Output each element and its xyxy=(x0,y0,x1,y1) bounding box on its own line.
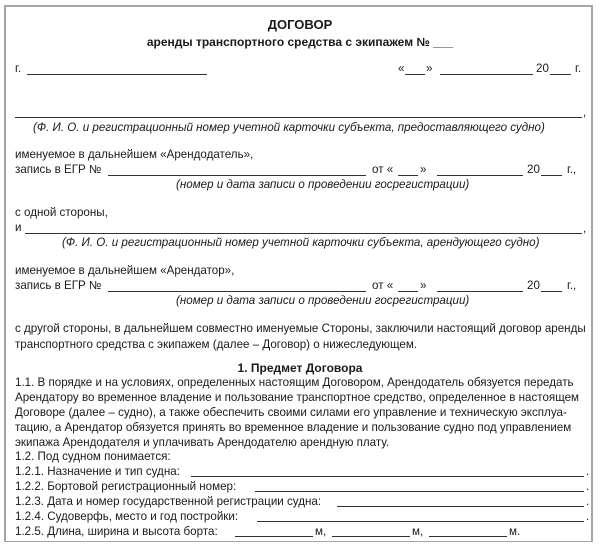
state-reg-field[interactable] xyxy=(337,506,584,507)
and-text: и xyxy=(15,221,21,235)
lessee-egr-day-field[interactable] xyxy=(398,291,418,292)
year-field[interactable] xyxy=(550,74,571,75)
lessor-egr-day-field[interactable] xyxy=(398,175,418,176)
lessor-egr-number-field[interactable] xyxy=(108,175,366,176)
year-suffix: г. xyxy=(575,62,581,76)
lessee-year-prefix: 20 xyxy=(527,279,540,293)
city-prefix: г. xyxy=(15,62,21,76)
lessee-egr-label: запись в ЕГР № xyxy=(15,279,101,293)
lessor-year-suffix: г., xyxy=(567,163,576,177)
section-1-heading: 1. Предмет Договора xyxy=(0,361,600,375)
clause-1-1-line-3: Договоре (далее – судно), а также обеспе… xyxy=(15,406,567,420)
lessor-from-label: от « xyxy=(372,163,393,177)
date-quote-open: « xyxy=(398,62,404,76)
comma: , xyxy=(583,222,586,236)
lessee-caption: (Ф. И. О. и регистрационный номер учетно… xyxy=(62,236,539,250)
lessee-name-field[interactable] xyxy=(25,233,582,234)
lessor-caption: (Ф. И. О. и регистрационный номер учетно… xyxy=(33,121,545,135)
lessor-quote-close: » xyxy=(420,163,426,177)
lessee-egr-number-field[interactable] xyxy=(108,291,366,292)
lessor-name-field[interactable] xyxy=(15,117,582,118)
unit-3: м. xyxy=(509,525,520,539)
lessor-egr-year-field[interactable] xyxy=(541,175,562,176)
item-1-2-3-label: 1.2.3. Дата и номер государственной реги… xyxy=(15,495,321,509)
item-1-2-4-label: 1.2.4. Судоверфь, место и год постройки: xyxy=(15,510,238,524)
item-1-2-5-label: 1.2.5. Длина, ширина и высота борта: xyxy=(15,525,218,539)
lessor-egr-label: запись в ЕГР № xyxy=(15,163,101,177)
day-field[interactable] xyxy=(405,74,425,75)
preamble-line-2: транспортного средства с экипажем (далее… xyxy=(15,338,417,352)
lessee-egr-caption: (номер и дата записи о проведении госрег… xyxy=(176,294,469,308)
period: . xyxy=(586,495,589,509)
month-field[interactable] xyxy=(440,74,533,75)
period: . xyxy=(586,480,589,494)
clause-1-1-line-2: Арендатору во временное владение и польз… xyxy=(15,391,579,405)
lessee-year-suffix: г., xyxy=(567,279,576,293)
lessee-from-label: от « xyxy=(372,279,393,293)
width-field[interactable] xyxy=(332,536,410,537)
item-1-2-1-label: 1.2.1. Назначение и тип судна: xyxy=(15,465,180,479)
lessee-named-as: именуемое в дальнейшем «Арендатор», xyxy=(15,264,234,278)
city-field[interactable] xyxy=(27,74,207,75)
item-1-2-2-label: 1.2.2. Бортовой регистрационный номер: xyxy=(15,480,236,494)
one-side-text: с одной стороны, xyxy=(15,206,108,220)
lessee-egr-year-field[interactable] xyxy=(541,291,562,292)
vessel-type-field[interactable] xyxy=(191,476,584,477)
lessor-egr-caption: (номер и дата записи о проведении госрег… xyxy=(176,178,469,192)
unit-2: м, xyxy=(412,525,423,539)
board-reg-number-field[interactable] xyxy=(255,491,584,492)
clause-1-1-line-4: тацию, а Арендатор обязуется принять во … xyxy=(15,421,571,435)
height-field[interactable] xyxy=(429,536,507,537)
lessor-named-as: именуемое в дальнейшем «Арендодатель», xyxy=(15,148,253,162)
clause-1-2: 1.2. Под судном понимается: xyxy=(15,450,171,464)
clause-1-1-line-5: экипажа Арендодателя и уплачивать Арендо… xyxy=(15,436,389,450)
year-prefix: 20 xyxy=(536,62,549,76)
period: . xyxy=(586,465,589,479)
period: . xyxy=(586,510,589,524)
lessee-egr-month-field[interactable] xyxy=(437,291,523,292)
comma: , xyxy=(583,106,586,120)
shipyard-field[interactable] xyxy=(257,521,584,522)
lessor-year-prefix: 20 xyxy=(527,163,540,177)
document-title: ДОГОВОР xyxy=(0,17,600,32)
preamble-line-1: с другой стороны, в дальнейшем совместно… xyxy=(15,322,586,336)
date-quote-close: » xyxy=(426,62,432,76)
length-field[interactable] xyxy=(235,536,313,537)
lessor-egr-month-field[interactable] xyxy=(437,175,523,176)
document-subtitle: аренды транспортного средства с экипажем… xyxy=(0,35,600,49)
unit-1: м, xyxy=(315,525,326,539)
clause-1-1-line-1: 1.1. В порядке и на условиях, определенн… xyxy=(15,376,574,390)
lessee-quote-close: » xyxy=(420,279,426,293)
